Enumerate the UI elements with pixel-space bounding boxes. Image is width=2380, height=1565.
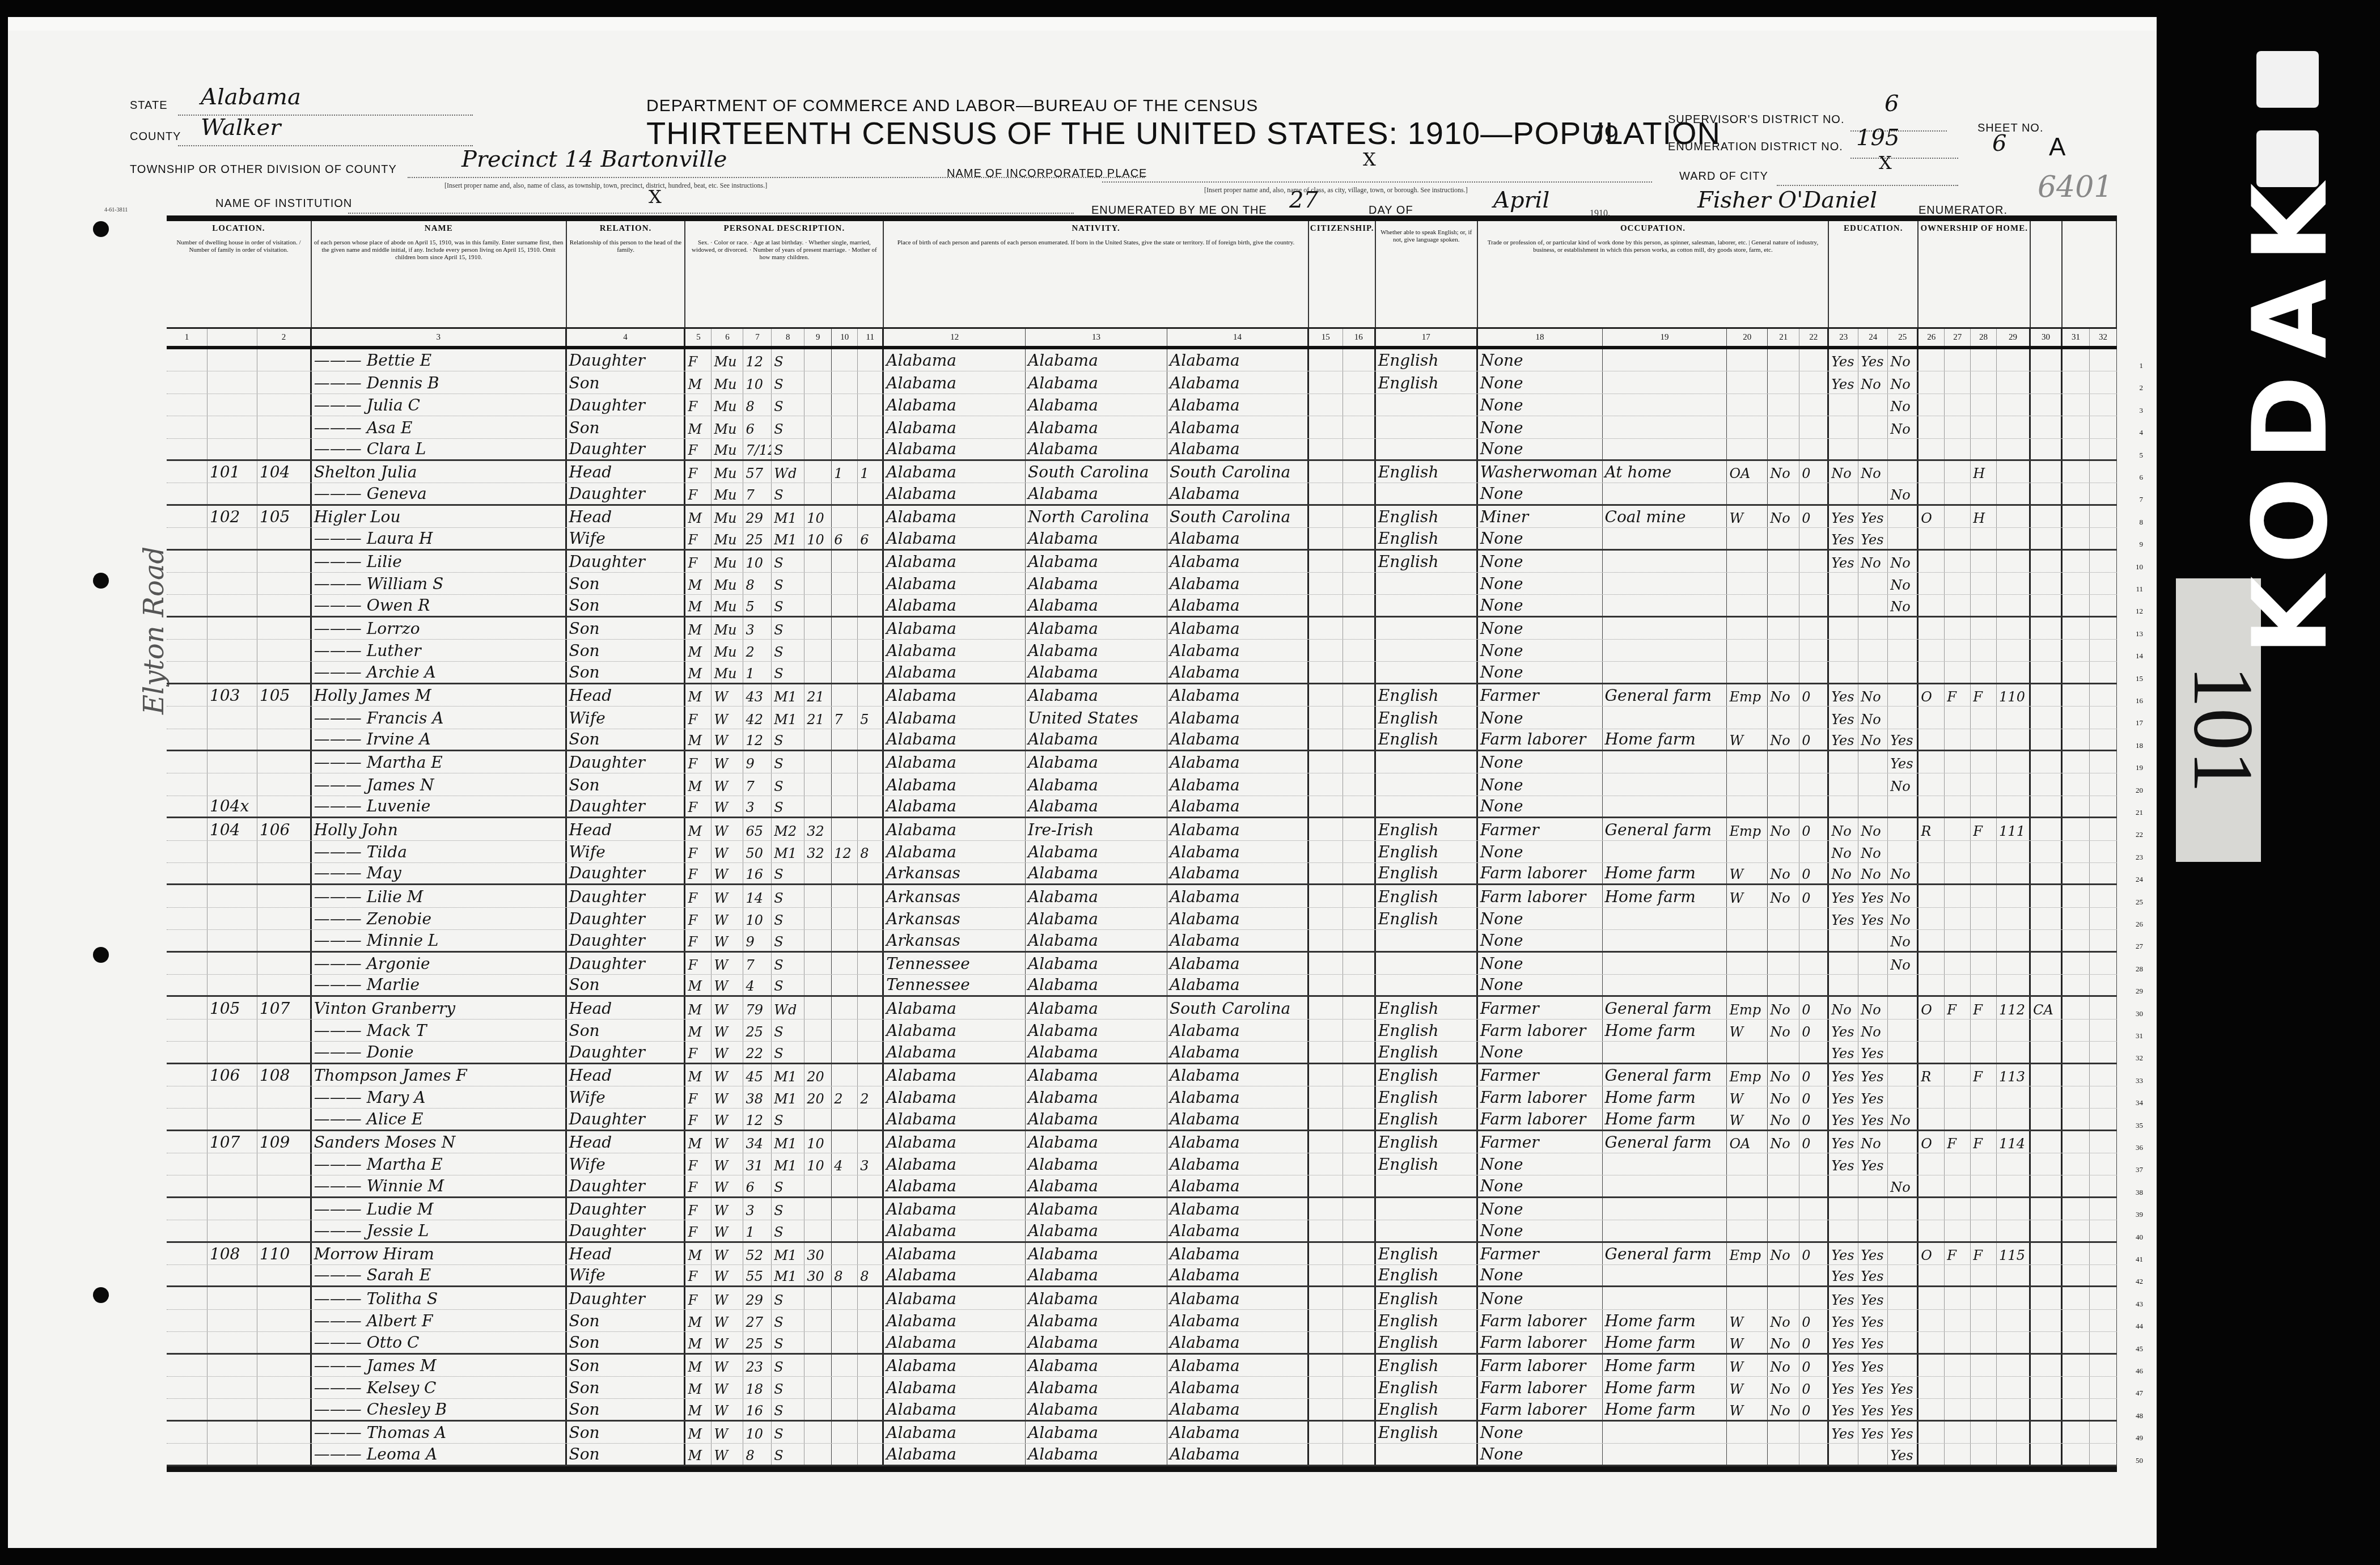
cell-natur [1343,707,1376,728]
line-number: 29 [2129,987,2143,996]
cell-sex: F [685,1198,712,1220]
cell-name: Higler Lou [312,506,567,527]
cell-immig [1309,439,1343,459]
cell-family: 108 [257,1064,312,1086]
cell-text: O [1921,1136,1932,1152]
cell-text: Alabama [1028,641,1098,660]
page-stamp: 79 [1590,119,1619,150]
cell-street [167,371,207,393]
cell-blind [2063,371,2090,393]
cell-immig [1309,818,1343,840]
cell-name: ——— Irvine A [312,729,567,750]
cell-pob_father: Alabama [1026,1422,1167,1443]
cell-text: W [1729,510,1743,526]
cell-text: No [1770,1247,1790,1263]
cell-sex: F [685,1175,712,1196]
cell-text: No [1831,866,1851,882]
cell-yrs [804,908,832,929]
cell-text: Mu [714,421,736,437]
cell-race: W [712,1175,743,1196]
cell-text: Alabama [886,1312,956,1330]
cell-text: 103 [210,686,240,705]
cell-yrs [804,930,832,950]
cell-name: ——— Mary A [312,1086,567,1108]
cell-natur [1343,1175,1376,1196]
cell-text: Son [569,574,600,593]
cell-race: Mu [712,617,743,639]
cell-text: 10 [807,532,824,548]
cell-living [858,751,884,773]
film-brand: KODAK [2222,34,2353,800]
cell-text: Yes [1831,1426,1854,1442]
cell-out [1768,551,1799,572]
cell-own [1919,551,1945,572]
cell-deaf [2090,573,2117,594]
cell-text: English [1378,1266,1439,1284]
cell-out [1768,751,1799,773]
cell-text: No [1861,1024,1881,1040]
cell-race: Mu [712,640,743,661]
cell-text: Alabama [886,999,956,1018]
cell-blind [2063,1175,2090,1196]
cell-text: F [688,532,697,548]
cell-natur [1343,1198,1376,1220]
enumerated-month: April [1493,187,1549,213]
cell-text: ——— Winnie M [314,1177,444,1195]
cell-free [1945,1265,1971,1285]
cell-emp: W [1727,1332,1768,1352]
cell-blind [2063,573,2090,594]
cell-text: Home farm [1605,1400,1696,1419]
cell-pob_mother: Alabama [1167,1020,1309,1041]
cell-relation: Daughter [567,1109,686,1129]
cell-race: Mu [712,371,743,393]
cell-text: Yes [1831,555,1854,571]
cell-born [832,975,858,995]
cell-relation: Wife [567,841,686,862]
cell-emp [1727,1175,1768,1196]
cell-weeks: 0 [1799,885,1829,907]
table-row: ——— ZenobieDaughterFW10SArkansasAlabamaA… [167,908,2117,930]
cell-weeks [1799,1287,1829,1309]
cell-sex: M [685,617,712,639]
cell-emp [1727,416,1768,438]
cell-living [858,416,884,438]
cell-marital: Wd [772,461,804,483]
cell-text: S [774,779,783,794]
table-row: ——— LilieDaughterFMu10SAlabamaAlabamaAla… [167,551,2117,573]
cell-dwelling [207,349,257,371]
cell-race: Mu [712,483,743,504]
cell-text: W [714,1403,728,1419]
cell-sex: M [685,684,712,706]
cell-pob: Alabama [884,1287,1026,1309]
ward-line [1777,185,1958,186]
line-number: 12 [2129,607,2143,616]
cell-text: 108 [260,1066,290,1085]
cell-own [1919,349,1945,371]
table-row: ——— Clara LDaughterFMu7/12SAlabamaAlabam… [167,439,2117,461]
cell-own [1919,796,1945,817]
cell-pob: Tennessee [884,953,1026,974]
cell-street [167,1153,207,1175]
cell-farm [1971,1332,1997,1352]
cell-natur [1343,662,1376,682]
cell-text: Farm laborer [1480,1378,1586,1397]
cell-relation: Wife [567,1086,686,1108]
cell-pob_father: Alabama [1026,1355,1167,1376]
line-number: 7 [2129,495,2143,504]
column-group-label: OCCUPATION. [1479,223,1827,234]
cell-trade: None [1478,595,1603,615]
cell-marital: S [772,1175,804,1196]
cell-pob_father: Alabama [1026,1287,1167,1309]
cell-sex: F [685,863,712,883]
cell-out [1768,483,1799,504]
cell-text: W [1729,1024,1743,1040]
cell-pob: Alabama [884,483,1026,504]
cell-text: M1 [774,1268,797,1284]
cell-text: Alabama [1028,1312,1098,1330]
cell-emp: W [1727,1086,1768,1108]
cell-age: 12 [743,729,772,750]
cell-free [1945,729,1971,750]
cell-sex: F [685,483,712,504]
cell-family [257,885,312,907]
cell-weeks: 0 [1799,1064,1829,1086]
cell-born [832,1310,858,1331]
cell-born [832,506,858,527]
cell-born [832,1175,858,1196]
cell-yrs: 20 [804,1086,832,1108]
cell-english: English [1376,707,1478,728]
cell-text: Son [569,374,600,392]
cell-school [1888,1332,1919,1352]
cell-text: 10 [746,555,763,571]
cell-write: Yes [1858,1153,1888,1175]
cell-weeks [1799,640,1829,661]
cell-english [1376,796,1478,817]
cell-trade: None [1478,416,1603,438]
cell-born [832,997,858,1018]
cell-read: Yes [1829,684,1858,706]
cell-age: 1 [743,1220,772,1241]
cell-dwelling [207,1220,257,1241]
cell-emp: Emp [1727,818,1768,840]
cell-street [167,1310,207,1331]
cell-text: Yes [1831,890,1854,906]
cell-farm [1971,1287,1997,1309]
cell-text: OA [1729,466,1750,481]
cell-sex: F [685,930,712,950]
cell-yrs [804,796,832,817]
cell-vet [2031,461,2063,483]
cell-street [167,461,207,483]
cell-text: English [1378,507,1439,526]
cell-text: English [1378,999,1439,1018]
column-number: 24 [1858,329,1888,346]
column-number: 12 [884,329,1026,346]
cell-immig [1309,1198,1343,1220]
cell-english: English [1376,1153,1478,1175]
cell-pob: Alabama [884,1310,1026,1331]
cell-text: Farmer [1480,999,1539,1018]
cell-race: W [712,1198,743,1220]
cell-own [1919,953,1945,974]
cell-free [1945,707,1971,728]
cell-free [1945,1109,1971,1129]
cell-text: Daughter [569,864,645,882]
cell-text: Alabama [1028,418,1098,437]
cell-immig [1309,1042,1343,1062]
cell-text: Alabama [1170,820,1240,839]
cell-sex: F [685,1042,712,1062]
cell-text: Alabama [886,1221,956,1240]
cell-weeks [1799,662,1829,682]
cell-pob: Alabama [884,1086,1026,1108]
cell-free [1945,394,1971,416]
cell-text: Alabama [1170,374,1240,392]
cell-text: Alabama [1028,1200,1098,1219]
cell-text: Son [569,1312,600,1330]
cell-age: 23 [743,1355,772,1376]
cell-race: Mu [712,528,743,548]
cell-blind [2063,1198,2090,1220]
cell-name: ——— Luther [312,640,567,661]
cell-text: M1 [774,1091,797,1107]
cell-text: No [1861,823,1881,839]
punch-hole [93,947,109,963]
cell-own [1919,751,1945,773]
cell-age: 65 [743,818,772,840]
cell-sched [1997,841,2031,862]
cell-trade: Farm laborer [1478,1377,1603,1398]
cell-yrs [804,1310,832,1331]
cell-trade: Farmer [1478,1243,1603,1264]
cell-out: No [1768,729,1799,750]
cell-pob: Alabama [884,1220,1026,1241]
cell-living [858,1131,884,1153]
table-row: ——— Bettie EDaughterFMu12SAlabamaAlabama… [167,349,2117,371]
cell-weeks [1799,528,1829,548]
cell-trade: None [1478,908,1603,929]
cell-text: Farm laborer [1480,1356,1586,1375]
cell-text: 6 [834,532,842,548]
cell-yrs [804,349,832,371]
cell-text: Alabama [1170,1289,1240,1308]
cell-born [832,416,858,438]
cell-born: 4 [832,1153,858,1175]
cell-text: Alabama [1170,1400,1240,1419]
cell-read: Yes [1829,729,1858,750]
cell-family [257,528,312,548]
cell-sched [1997,595,2031,615]
cell-english: English [1376,1086,1478,1108]
cell-born [832,349,858,371]
cell-text: None [1480,776,1523,794]
cell-name: ——— Sarah E [312,1265,567,1285]
cell-out: No [1768,1131,1799,1153]
cell-text: Yes [1861,1069,1883,1085]
cell-text: Alabama [886,574,956,593]
cell-trade: Farm laborer [1478,1086,1603,1108]
cell-marital: S [772,1042,804,1062]
cell-english: English [1376,1287,1478,1309]
cell-weeks: 0 [1799,1310,1829,1331]
cell-trade: None [1478,394,1603,416]
cell-emp [1727,394,1768,416]
cell-farm: F [1971,1243,1997,1264]
cell-free [1945,1287,1971,1309]
cell-free [1945,483,1971,504]
cell-text: Daughter [569,887,645,906]
cell-trade: None [1478,1175,1603,1196]
cell-emp [1727,573,1768,594]
table-row: ——— DonieDaughterFW22SAlabamaAlabamaAlab… [167,1042,2117,1064]
cell-read: Yes [1829,1287,1858,1309]
column-number: 17 [1376,329,1478,346]
column-group-label: LOCATION. [168,223,310,234]
cell-blind [2063,416,2090,438]
cell-sex: F [685,461,712,483]
cell-text: M [688,622,702,638]
cell-weeks [1799,975,1829,995]
table-row: 108110Morrow HiramHeadMW52M130AlabamaAla… [167,1243,2117,1265]
cell-out [1768,640,1799,661]
cell-relation: Son [567,595,686,615]
cell-text: 113 [1999,1069,2025,1085]
cell-name: ——— Ludie M [312,1198,567,1220]
cell-sched: 110 [1997,684,2031,706]
cell-text: 0 [1802,1247,1810,1263]
cell-farm [1971,953,1997,974]
cell-text: W [1729,733,1743,748]
cell-english [1376,773,1478,795]
cell-text: Alabama [1170,529,1240,548]
cell-read [1829,662,1858,682]
cell-dwelling [207,551,257,572]
cell-living [858,773,884,795]
table-row: ——— ArgonieDaughterFW7STennesseeAlabamaA… [167,953,2117,975]
cell-deaf [2090,1287,2117,1309]
cell-name: ——— Minnie L [312,930,567,950]
cell-industry: Home farm [1603,1086,1727,1108]
cell-family [257,1198,312,1220]
cell-text: Alabama [886,1133,956,1152]
cell-text: Alabama [1170,1445,1240,1464]
cell-natur [1343,1020,1376,1041]
cell-deaf [2090,1042,2117,1062]
cell-read: Yes [1829,528,1858,548]
cell-age: 16 [743,1399,772,1419]
cell-age: 10 [743,371,772,393]
cell-read: Yes [1829,1153,1858,1175]
cell-pob: Alabama [884,1243,1026,1264]
header-english: Whether able to speak English; or, if no… [1376,221,1478,327]
cell-race: W [712,1422,743,1443]
cell-text: F [1973,1136,1983,1152]
cell-text: Alabama [1028,910,1098,928]
cell-emp [1727,975,1768,995]
cell-age: 12 [743,349,772,371]
cell-race: W [712,975,743,995]
cell-text: None [1480,1177,1523,1195]
cell-emp [1727,483,1768,504]
cell-marital: Wd [772,997,804,1018]
cell-text: S [774,442,783,458]
cell-living [858,551,884,572]
cell-marital: S [772,1020,804,1041]
cell-race: W [712,818,743,840]
cell-trade: Farmer [1478,684,1603,706]
cell-text: ——— Bettie E [314,351,431,370]
cell-blind [2063,908,2090,929]
cell-age: 38 [743,1086,772,1108]
cell-text: No [1770,689,1790,705]
cell-text: Mu [714,442,736,458]
cell-text: 105 [260,507,290,526]
cell-text: Farmer [1480,1245,1539,1263]
cell-text: W [714,823,728,839]
cell-sched [1997,349,2031,371]
cell-text: 1 [860,466,869,481]
cell-age: 25 [743,1332,772,1352]
cell-weeks: 0 [1799,1399,1829,1419]
cell-text: 10 [807,1136,824,1152]
cell-weeks: 0 [1799,1332,1829,1352]
cell-industry [1603,953,1727,974]
cell-english: English [1376,863,1478,883]
cell-vet [2031,1355,2063,1376]
cell-relation: Son [567,729,686,750]
cell-text: Yes [1831,689,1854,705]
cell-relation: Daughter [567,439,686,459]
punch-hole [93,221,109,237]
table-row: ——— Julia CDaughterFMu8SAlabamaAlabamaAl… [167,394,2117,416]
cell-industry: Home farm [1603,729,1727,750]
cell-text: Farm laborer [1480,1110,1586,1128]
punch-hole [93,573,109,589]
cell-own [1919,1355,1945,1376]
cell-vet [2031,1109,2063,1129]
cell-deaf [2090,729,2117,750]
cell-name: ——— Dennis B [312,371,567,393]
sheet-number: 6 [1992,130,2006,156]
cell-text: 105 [260,686,290,705]
cell-natur [1343,371,1376,393]
cell-text: M [688,421,702,437]
cell-marital: S [772,975,804,995]
cell-pob_father: Alabama [1026,416,1167,438]
cell-pob_father: Alabama [1026,483,1167,504]
cell-write: No [1858,863,1888,883]
cell-text: Mu [714,666,736,682]
cell-farm [1971,595,1997,615]
cell-natur [1343,1086,1376,1108]
cell-text: Daughter [569,910,645,928]
cell-text: South Carolina [1170,507,1290,526]
cell-immig [1309,1399,1343,1419]
cell-weeks: 0 [1799,1377,1829,1398]
cell-street [167,930,207,950]
table-row: ——— Martha EWifeFW31M11043AlabamaAlabama… [167,1153,2117,1175]
cell-pob: Alabama [884,1444,1026,1464]
cell-text: Alabama [1028,1356,1098,1375]
cell-age: 8 [743,573,772,594]
cell-write: Yes [1858,1332,1888,1352]
cell-text: ——— Argonie [314,954,430,973]
cell-sched [1997,1332,2031,1352]
